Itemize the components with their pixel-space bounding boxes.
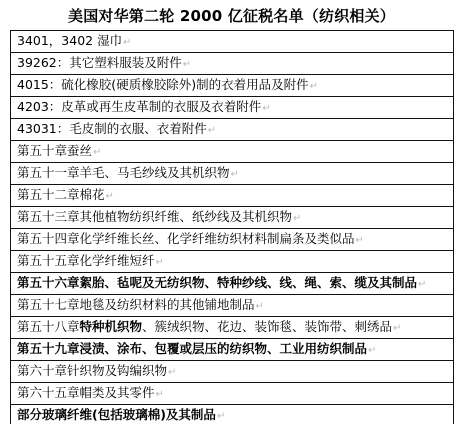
paragraph-mark-icon: ↵ bbox=[93, 147, 101, 158]
table-row: 第五十三章其他植物纺织纤维、纸纱线及其机织物↵ bbox=[11, 207, 454, 229]
table-cell: 第五十七章地毯及纺织材料的其他铺地制品↵ bbox=[11, 295, 454, 317]
table-row: 第五十六章絮胎、毡呢及无纺织物、特种纱线、线、绳、索、缆及其制品↵ bbox=[11, 273, 454, 295]
table-cell: 第五十九章浸渍、涂布、包覆或层压的纺织物、工业用纺织制品↵ bbox=[11, 339, 454, 361]
tariff-list-table: 3401，3402 湿巾↵ 39262：其它塑料服装及附件↵ 4015：硫化橡胶… bbox=[10, 30, 454, 424]
table-row: 第五十九章浸渍、涂布、包覆或层压的纺织物、工业用纺织制品↵ bbox=[11, 339, 454, 361]
table-cell: 4203：皮革或再生皮革制的衣服及衣着附件↵ bbox=[11, 97, 454, 119]
table-row: 第五十四章化学纤维长丝、化学纤维纺织材料制扁条及类似品↵ bbox=[11, 229, 454, 251]
table-row: 43031：毛皮制的衣服、衣着附件↵ bbox=[11, 119, 454, 141]
table-cell: 第五十六章絮胎、毡呢及无纺织物、特种纱线、线、绳、索、缆及其制品↵ bbox=[11, 273, 454, 295]
table-row: 第五十二章棉花↵ bbox=[11, 185, 454, 207]
table-row: 3401，3402 湿巾↵ bbox=[11, 31, 454, 53]
paragraph-mark-icon: ↵ bbox=[262, 103, 270, 114]
paragraph-mark-icon: ↵ bbox=[123, 37, 131, 48]
paragraph-mark-icon: ↵ bbox=[293, 213, 301, 224]
paragraph-mark-icon: ↵ bbox=[368, 345, 376, 356]
paragraph-mark-icon: ↵ bbox=[217, 411, 225, 422]
table-row: 第五十八章特种机织物、簇绒织物、花边、装饰毯、装饰带、刺绣品↵ bbox=[11, 317, 454, 339]
table-row: 部分玻璃纤维(包括玻璃棉)及其制品↵ bbox=[11, 405, 454, 424]
table-cell: 第五十章蚕丝↵ bbox=[11, 141, 454, 163]
table-cell: 第六十章针织物及钩编织物↵ bbox=[11, 361, 454, 383]
paragraph-mark-icon: ↵ bbox=[106, 191, 114, 202]
table-row: 4203：皮革或再生皮革制的衣服及衣着附件↵ bbox=[11, 97, 454, 119]
table-row: 第五十五章化学纤维短纤↵ bbox=[11, 251, 454, 273]
table-row: 39262：其它塑料服装及附件↵ bbox=[11, 53, 454, 75]
table-cell: 第五十八章特种机织物、簇绒织物、花边、装饰毯、装饰带、刺绣品↵ bbox=[11, 317, 454, 339]
table-cell: 第五十五章化学纤维短纤↵ bbox=[11, 251, 454, 273]
table-cell: 4015：硫化橡胶(硬质橡胶除外)制的衣着用品及附件↵ bbox=[11, 75, 454, 97]
table-row: 第五十七章地毯及纺织材料的其他铺地制品↵ bbox=[11, 295, 454, 317]
paragraph-mark-icon: ↵ bbox=[393, 323, 401, 334]
paragraph-mark-icon: ↵ bbox=[310, 81, 318, 92]
table-cell: 3401，3402 湿巾↵ bbox=[11, 31, 454, 53]
table-cell: 第六十五章帽类及其零件↵ bbox=[11, 383, 454, 405]
table-cell: 部分玻璃纤维(包括玻璃棉)及其制品↵ bbox=[11, 405, 454, 424]
table-cell: 第五十一章羊毛、马毛纱线及其机织物↵ bbox=[11, 163, 454, 185]
paragraph-mark-icon: ↵ bbox=[231, 169, 239, 180]
paragraph-mark-icon: ↵ bbox=[183, 59, 191, 70]
table-row: 第六十章针织物及钩编织物↵ bbox=[11, 361, 454, 383]
table-row: 第五十章蚕丝↵ bbox=[11, 141, 454, 163]
table-cell: 39262：其它塑料服装及附件↵ bbox=[11, 53, 454, 75]
table-cell: 第五十三章其他植物纺织纤维、纸纱线及其机织物↵ bbox=[11, 207, 454, 229]
paragraph-mark-icon: ↵ bbox=[208, 125, 216, 136]
paragraph-mark-icon: ↵ bbox=[356, 235, 364, 246]
document-title: 美国对华第二轮 2000 亿征税名单（纺织相关） bbox=[0, 5, 463, 27]
paragraph-mark-icon: ↵ bbox=[168, 367, 176, 378]
paragraph-mark-icon: ↵ bbox=[256, 301, 264, 312]
table-row: 第六十五章帽类及其零件↵ bbox=[11, 383, 454, 405]
table-row: 第五十一章羊毛、马毛纱线及其机织物↵ bbox=[11, 163, 454, 185]
table-cell: 第五十四章化学纤维长丝、化学纤维纺织材料制扁条及类似品↵ bbox=[11, 229, 454, 251]
table-row: 4015：硫化橡胶(硬质橡胶除外)制的衣着用品及附件↵ bbox=[11, 75, 454, 97]
paragraph-mark-icon: ↵ bbox=[418, 279, 426, 290]
paragraph-mark-icon: ↵ bbox=[156, 389, 164, 400]
table-cell: 第五十二章棉花↵ bbox=[11, 185, 454, 207]
paragraph-mark-icon: ↵ bbox=[156, 257, 164, 268]
table-cell: 43031：毛皮制的衣服、衣着附件↵ bbox=[11, 119, 454, 141]
bold-segment: 特种机织物 bbox=[80, 319, 143, 334]
